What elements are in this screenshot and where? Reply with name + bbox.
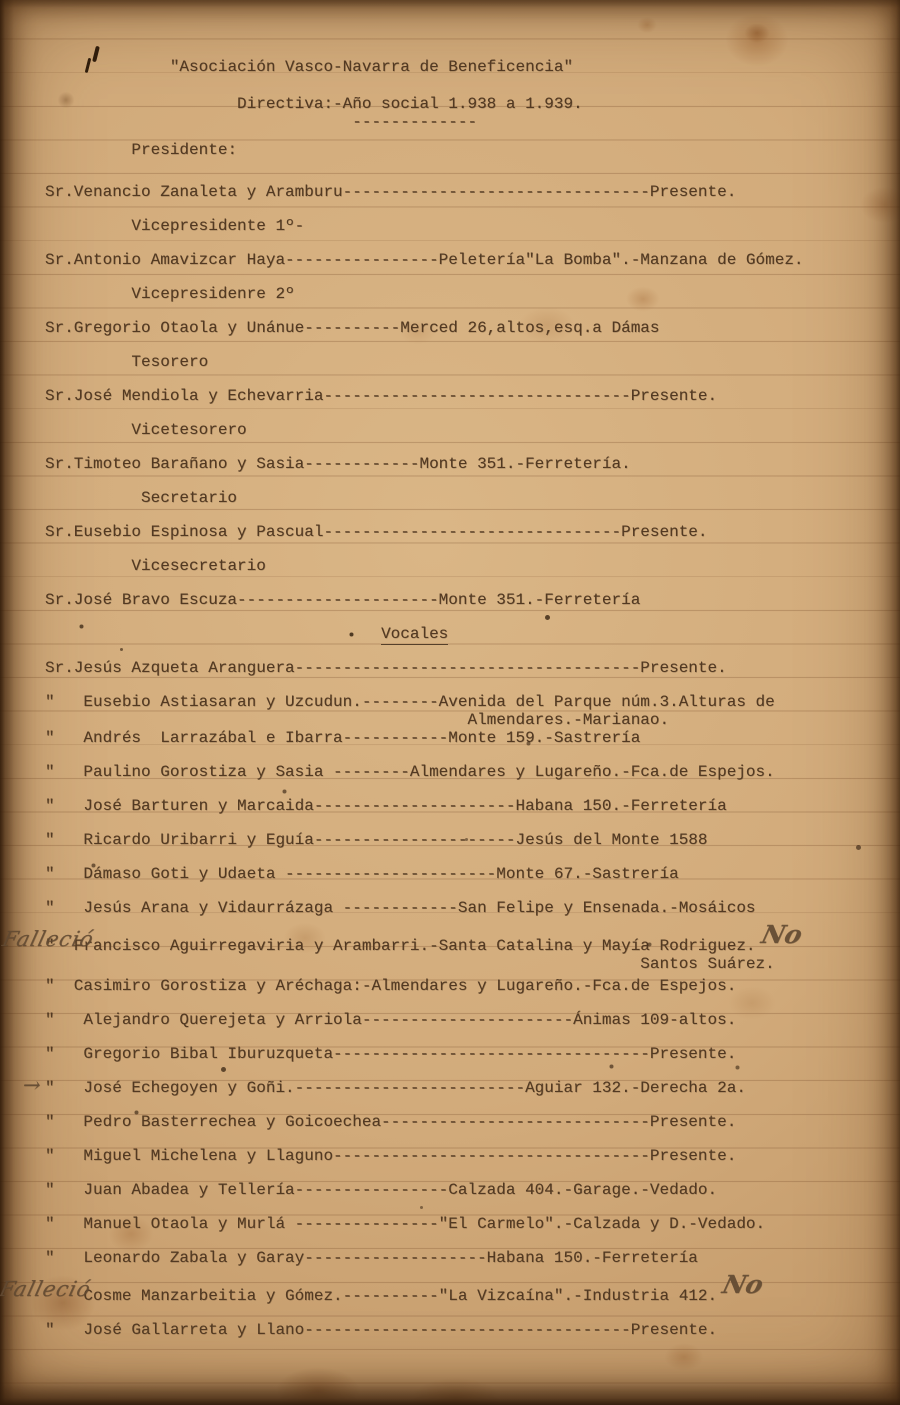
- member-entry: Sr.José Mendiola y Echevarria-----------…: [45, 387, 717, 405]
- document-line: " José Barturen y Marcaida--------------…: [45, 797, 900, 815]
- document-line: " Pedro Basterrechea y Goicoechea-------…: [45, 1113, 900, 1131]
- member-entry: " Leonardo Zabala y Garay---------------…: [45, 1249, 698, 1267]
- member-entry: " Francisco Aguirregaviria y Arambarri.-…: [45, 937, 756, 955]
- document-line: Directiva:-Año social 1.938 a 1.939.: [45, 95, 900, 113]
- document-line: Secretario: [45, 489, 900, 507]
- document-line: " Alejandro Querejeta y Arriola---------…: [45, 1011, 900, 1029]
- document-line: →" José Echegoyen y Goñi.---------------…: [45, 1079, 900, 1097]
- document-line: -------------: [45, 113, 900, 131]
- member-entry: " Ricardo Uribarri y Eguía--------------…: [45, 831, 708, 849]
- subtitle-line: Directiva:-Año social 1.938 a 1.939.: [237, 95, 583, 113]
- member-entry: Cosme Manzarbeitia y Gómez.----------"La…: [45, 1287, 717, 1305]
- handwritten-annotation: No: [721, 1276, 765, 1294]
- document-line: Vicesecretario: [45, 557, 900, 575]
- document-line: Sr.José Bravo Escuza--------------------…: [45, 591, 900, 609]
- document-line: " Miguel Michelena y Llaguno------------…: [45, 1147, 900, 1165]
- document-line: Tesorero: [45, 353, 900, 371]
- member-entry: Sr.Timoteo Barañano y Sasia------------M…: [45, 455, 631, 473]
- document-line: Vocales: [45, 625, 900, 643]
- member-entry-continuation: Santos Suárez.: [640, 955, 774, 973]
- member-entry-continuation: Almendares.-Marianao.: [467, 711, 669, 729]
- ink-specks: [0, 0, 3, 3]
- document-line: " Casimiro Gorostiza y Aréchaga:-Almenda…: [45, 977, 900, 995]
- member-entry: " Dámaso Goti y Udaeta -----------------…: [45, 865, 679, 883]
- office-heading: Vicetesorero: [131, 421, 246, 439]
- document-line: " Ricardo Uribarri y Eguía--------------…: [45, 831, 900, 849]
- member-entry: " Andrés Larrazábal e Ibarra-----------M…: [45, 729, 640, 747]
- office-heading: Presidente:: [131, 141, 237, 159]
- document-line: " José Gallarreta y Llano---------------…: [45, 1321, 900, 1339]
- member-entry: Sr.Antonio Amavizcar Haya---------------…: [45, 251, 804, 269]
- document-line: " Gregorio Bibal Iburuzqueta------------…: [45, 1045, 900, 1063]
- member-entry: " Pedro Basterrechea y Goicoechea-------…: [45, 1113, 736, 1131]
- member-entry: Sr.Jesús Azqueta Aranguera--------------…: [45, 659, 727, 677]
- document-line: Sr.Timoteo Barañano y Sasia------------M…: [45, 455, 900, 473]
- document-line: Sr.Venancio Zanaleta y Aramburu---------…: [45, 183, 900, 201]
- member-entry: " Gregorio Bibal Iburuzqueta------------…: [45, 1045, 736, 1063]
- handwritten-annotation: →: [21, 1076, 44, 1094]
- member-entry: Sr.Venancio Zanaleta y Aramburu---------…: [45, 183, 736, 201]
- document-line: " Paulino Gorostiza y Sasia --------Alme…: [45, 763, 900, 781]
- document-line: Presidente:: [45, 141, 900, 159]
- office-heading: Vicepresidente 1º-: [131, 217, 304, 235]
- document-line: Sr.Gregorio Otaola y Unánue----------Mer…: [45, 319, 900, 337]
- document-line: " Leonardo Zabala y Garay---------------…: [45, 1249, 900, 1267]
- document-line: " Dámaso Goti y Udaeta -----------------…: [45, 865, 900, 883]
- document-line: Sr.Jesús Azqueta Aranguera--------------…: [45, 659, 900, 677]
- document-line: Vicepresidenre 2º: [45, 285, 900, 303]
- member-entry: " José Gallarreta y Llano---------------…: [45, 1321, 717, 1339]
- document-line: " Manuel Otaola y Murlá ---------------"…: [45, 1215, 900, 1233]
- member-entry: " Manuel Otaola y Murlá ---------------"…: [45, 1215, 765, 1233]
- subtitle-underline: -------------: [352, 113, 477, 131]
- handwritten-annotation: Falleció: [1, 930, 96, 948]
- office-heading: Secretario: [141, 489, 237, 507]
- member-entry: " Miguel Michelena y Llaguno------------…: [45, 1147, 736, 1165]
- document-page: "Asociación Vasco-Navarra de Beneficenci…: [0, 0, 900, 1405]
- document-line: " Juan Abadea y Tellería----------------…: [45, 1181, 900, 1199]
- handwritten-annotation: No: [759, 926, 803, 944]
- document-line: Vicetesorero: [45, 421, 900, 439]
- section-heading: Vocales: [381, 625, 448, 645]
- document-lines: "Asociación Vasco-Navarra de Beneficenci…: [45, 58, 900, 1339]
- office-heading: Vicepresidenre 2º: [131, 285, 294, 303]
- document-line: Almendares.-Marianao.: [45, 711, 900, 729]
- member-entry: " Juan Abadea y Tellería----------------…: [45, 1181, 717, 1199]
- document-line: Falleció" Francisco Aguirregaviria y Ara…: [45, 933, 900, 955]
- member-entry: " Alejandro Querejeta y Arriola---------…: [45, 1011, 736, 1029]
- document-line: " Andrés Larrazábal e Ibarra-----------M…: [45, 729, 900, 747]
- document-line: Sr.Eusebio Espinosa y Pascual-----------…: [45, 523, 900, 541]
- document-line: Santos Suárez.: [45, 955, 900, 973]
- member-entry: " José Barturen y Marcaida--------------…: [45, 797, 727, 815]
- title-line: "Asociación Vasco-Navarra de Beneficenci…: [170, 58, 573, 76]
- member-entry: Sr.José Bravo Escuza--------------------…: [45, 591, 640, 609]
- office-heading: Tesorero: [131, 353, 208, 371]
- document-line: " Jesús Arana y Vidaurrázaga -----------…: [45, 899, 900, 917]
- document-line: Sr.Antonio Amavizcar Haya---------------…: [45, 251, 900, 269]
- document-line: Sr.José Mendiola y Echevarria-----------…: [45, 387, 900, 405]
- member-entry: " Paulino Gorostiza y Sasia --------Alme…: [45, 763, 775, 781]
- document-line: " Eusebio Astiasaran y Uzcudun.--------A…: [45, 693, 900, 711]
- member-entry: Sr.Gregorio Otaola y Unánue----------Mer…: [45, 319, 660, 337]
- office-heading: Vicesecretario: [131, 557, 265, 575]
- document-line: Vicepresidente 1º-: [45, 217, 900, 235]
- document-line: "Asociación Vasco-Navarra de Beneficenci…: [45, 58, 900, 76]
- member-entry: " José Echegoyen y Goñi.----------------…: [45, 1079, 746, 1097]
- document-line: Falleció Cosme Manzarbeitia y Gómez.----…: [45, 1283, 900, 1305]
- member-entry: " Casimiro Gorostiza y Aréchaga:-Almenda…: [45, 977, 736, 995]
- handwritten-annotation: Falleció: [0, 1280, 93, 1298]
- member-entry: " Jesús Arana y Vidaurrázaga -----------…: [45, 899, 756, 917]
- member-entry: " Eusebio Astiasaran y Uzcudun.--------A…: [45, 693, 775, 711]
- member-entry: Sr.Eusebio Espinosa y Pascual-----------…: [45, 523, 708, 541]
